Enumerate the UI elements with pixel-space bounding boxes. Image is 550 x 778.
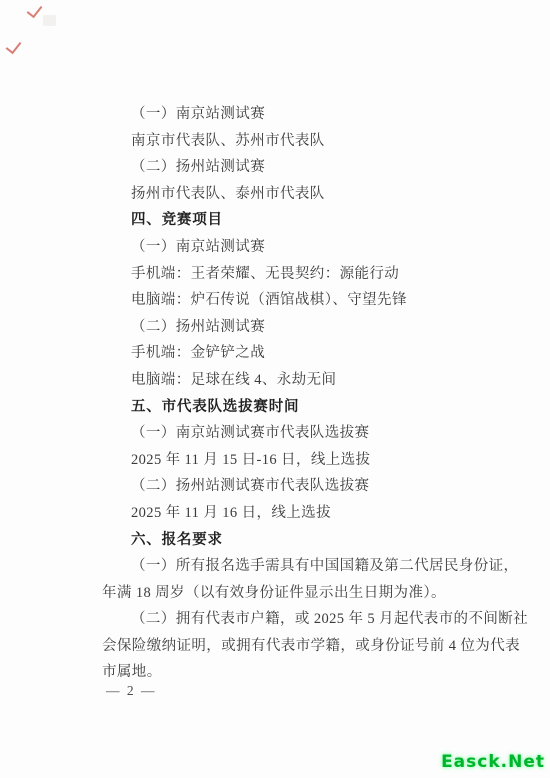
page-number: — 2 — bbox=[106, 682, 157, 700]
text-line: （二）拥有代表市户籍，或 2025 年 5 月起代表市的不间断社 bbox=[102, 606, 526, 633]
text-line: 年满 18 周岁（以有效身份证件显示出生日期为准）。 bbox=[102, 580, 526, 607]
text-line: （二）扬州站测试赛 bbox=[102, 314, 526, 341]
text-line: 市属地。 bbox=[102, 659, 526, 686]
text-line: （一）南京站测试赛 bbox=[102, 234, 526, 261]
scan-artifact-blob bbox=[43, 15, 56, 26]
red-pen-mark-icon bbox=[27, 2, 43, 19]
text-line: 电脑端：炉石传说（酒馆战棋）、守望先锋 bbox=[102, 287, 526, 314]
scanned-document-page: （一）南京站测试赛南京市代表队、苏州市代表队（二）扬州站测试赛扬州市代表队、泰州… bbox=[0, 0, 550, 778]
document-body: （一）南京站测试赛南京市代表队、苏州市代表队（二）扬州站测试赛扬州市代表队、泰州… bbox=[102, 101, 526, 686]
red-pen-mark-icon bbox=[6, 38, 22, 55]
watermark-easck-net: Easck.Net bbox=[441, 752, 545, 772]
text-line: 电脑端：足球在线 4、永劫无间 bbox=[102, 367, 526, 394]
text-line: （一）南京站测试赛 bbox=[102, 101, 526, 128]
text-line: 会保险缴纳证明，或拥有代表市学籍，或身份证号前 4 位为代表 bbox=[102, 633, 526, 660]
text-line: 扬州市代表队、泰州市代表队 bbox=[102, 181, 526, 208]
text-line: 手机端：王者荣耀、无畏契约：源能行动 bbox=[102, 261, 526, 288]
text-line: （二）扬州站测试赛 bbox=[102, 154, 526, 181]
text-line: 2025 年 11 月 15 日-16 日，线上选拔 bbox=[102, 447, 526, 474]
text-line: 四、竞赛项目 bbox=[102, 207, 526, 234]
text-line: 2025 年 11 月 16 日，线上选拔 bbox=[102, 500, 526, 527]
text-line: （一）南京站测试赛市代表队选拔赛 bbox=[102, 420, 526, 447]
text-line: （一）所有报名选手需具有中国国籍及第二代居民身份证， bbox=[102, 553, 526, 580]
text-line: 六、报名要求 bbox=[102, 527, 526, 554]
text-line: 五、市代表队选拔赛时间 bbox=[102, 394, 526, 421]
text-line: 手机端：金铲铲之战 bbox=[102, 340, 526, 367]
text-line: （二）扬州站测试赛市代表队选拔赛 bbox=[102, 473, 526, 500]
text-line: 南京市代表队、苏州市代表队 bbox=[102, 128, 526, 155]
